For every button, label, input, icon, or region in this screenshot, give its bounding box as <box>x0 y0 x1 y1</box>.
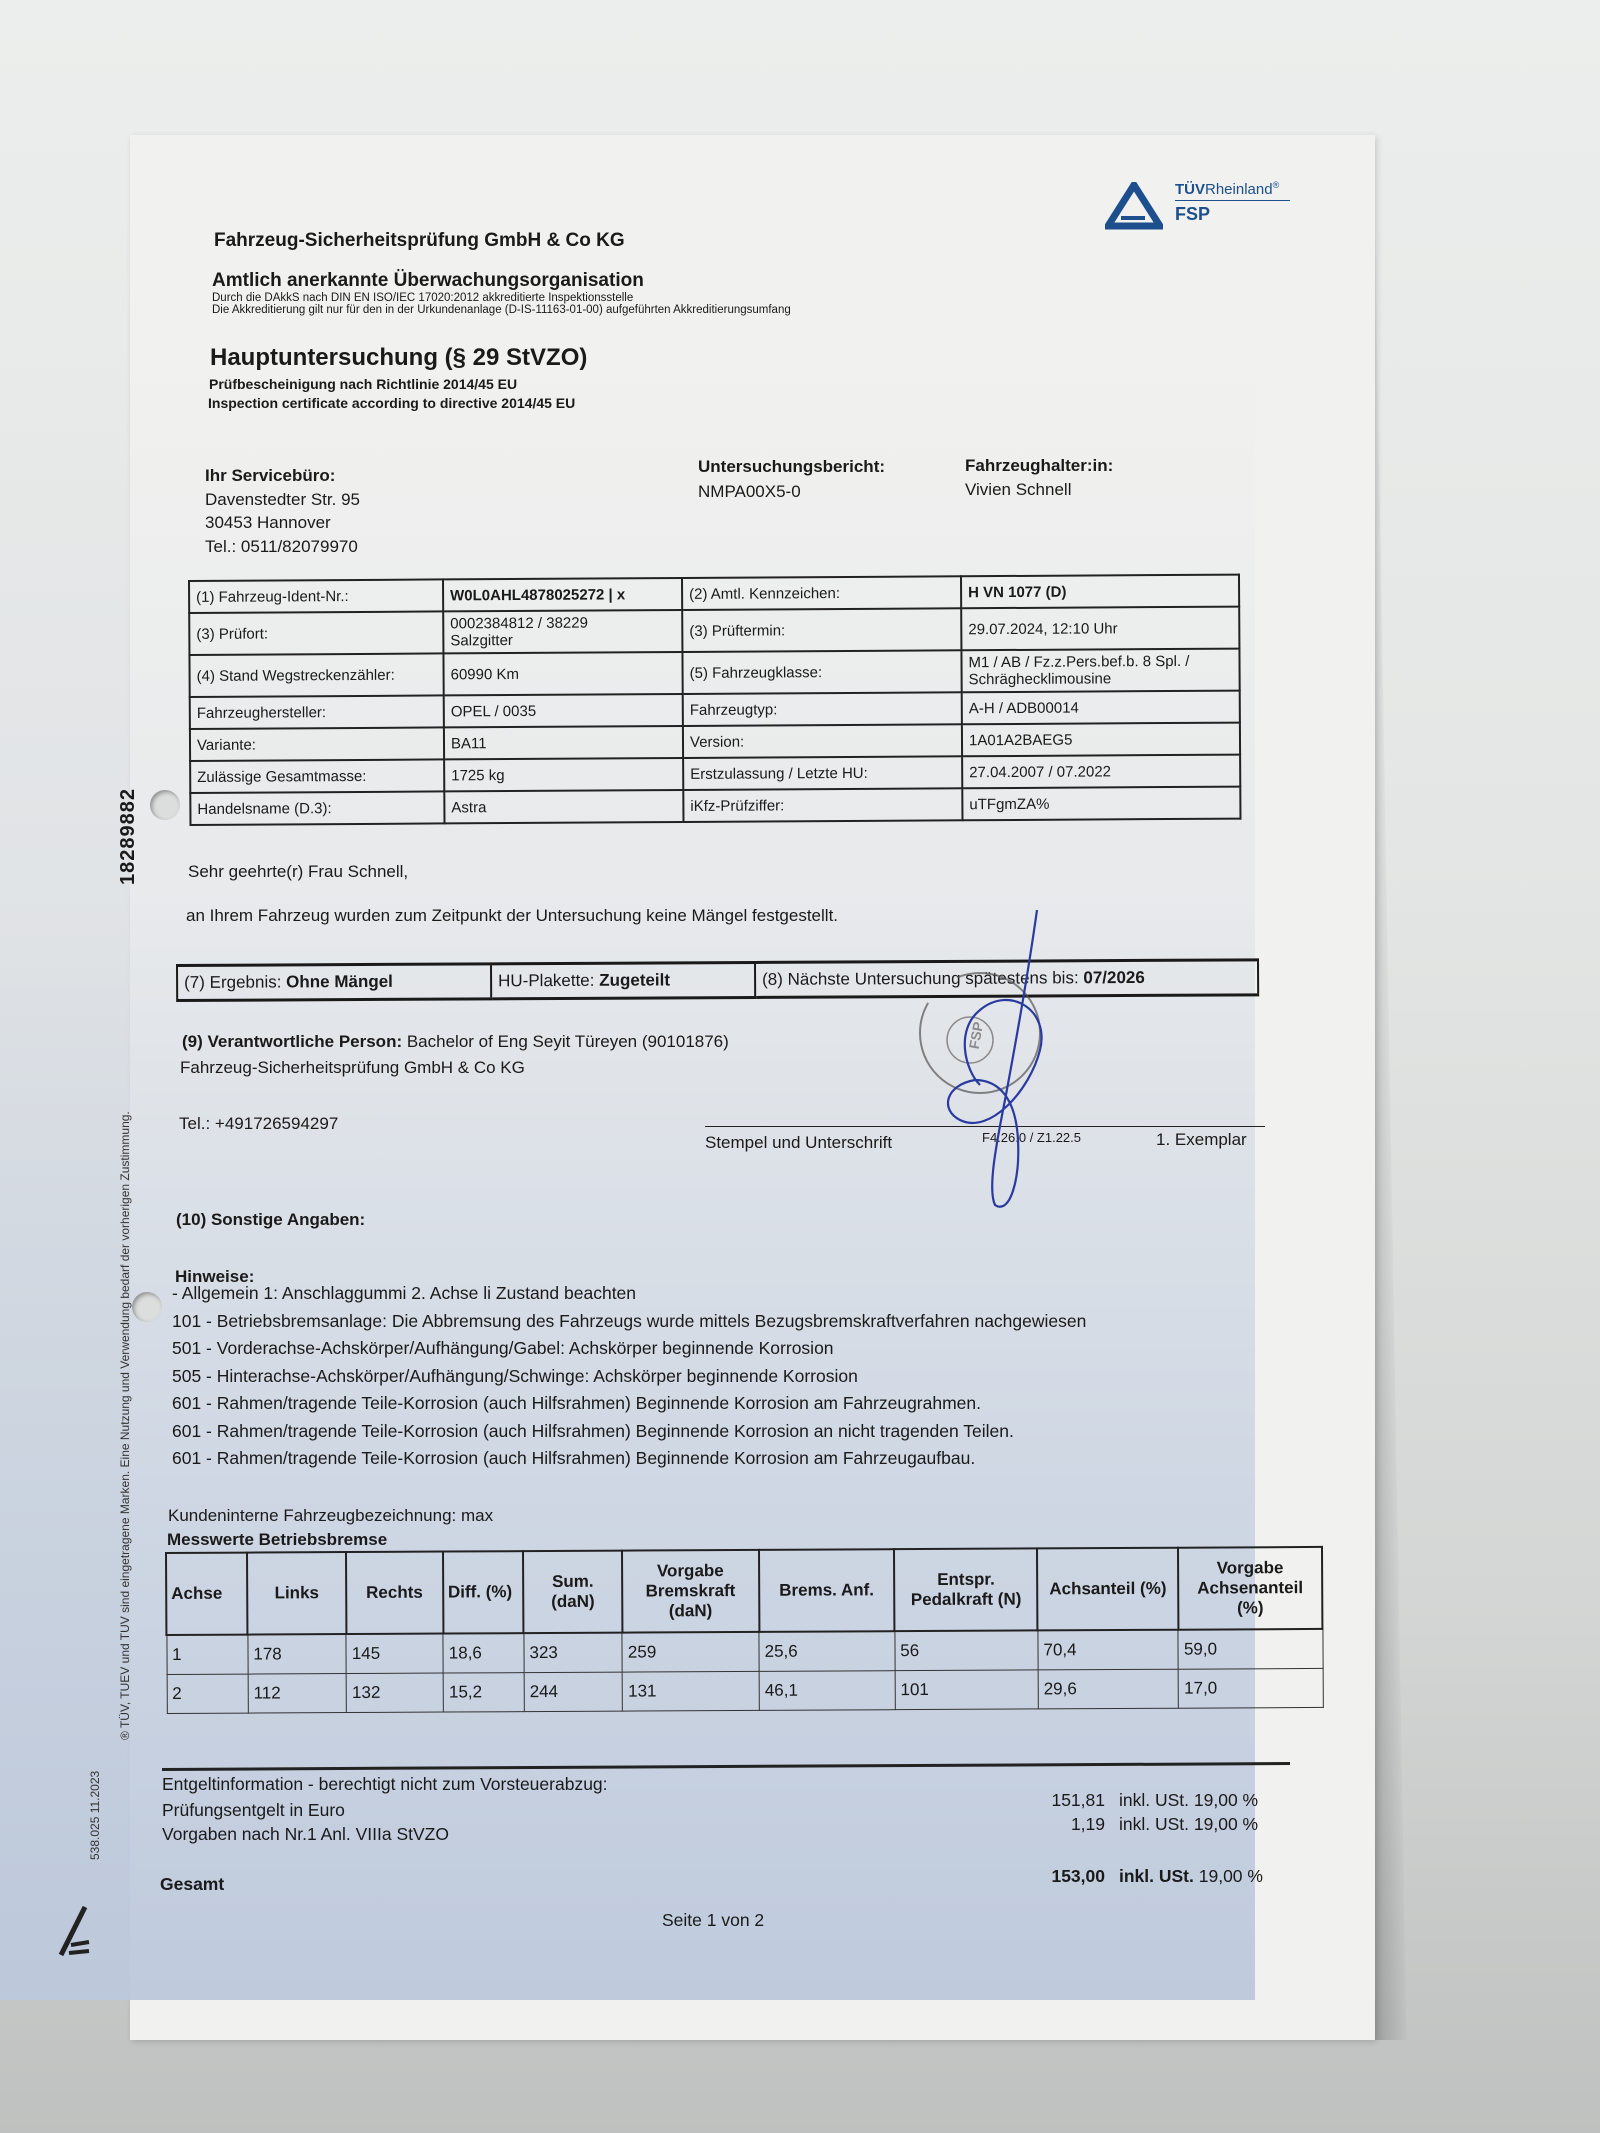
responsible-phone: Tel.: +491726594297 <box>179 1114 338 1134</box>
cell-axle: 1 <box>166 1635 248 1675</box>
cell-brake-req: 25,6 <box>759 1631 895 1671</box>
cell-sum: 244 <box>524 1672 623 1712</box>
odometer-value: 60990 Km <box>443 652 682 695</box>
stamp-icon: FSP <box>920 973 1040 1093</box>
registration-label: Erstzulassung / Letzte HU: <box>683 756 962 790</box>
result-table: (7) Ergebnis: Ohne Mängel HU-Plakette: Z… <box>176 958 1259 1002</box>
logo-fsp: FSP <box>1175 204 1210 225</box>
vehicle-data-table: (1) Fahrzeug-Ident-Nr.: W0L0AHL487802527… <box>188 574 1241 826</box>
total-label: Gesamt <box>160 1874 224 1895</box>
manufacturer-label: Fahrzeughersteller: <box>190 695 444 729</box>
table-row: Handelsname (D.3): Astra iKfz-Prüfziffer… <box>190 787 1240 825</box>
cell-diff: 18,6 <box>443 1633 524 1673</box>
greeting: Sehr geehrte(r) Frau Schnell, <box>188 862 408 882</box>
cell-required-force: 131 <box>623 1671 760 1711</box>
page-number: Seite 1 von 2 <box>662 1910 764 1931</box>
service-office-label: Ihr Servicebüro: <box>205 466 335 486</box>
trade-name-value: Astra <box>444 790 683 823</box>
signature-icon <box>948 910 1042 1207</box>
trade-name-label: Handelsname (D.3): <box>190 791 444 825</box>
check-digit-value: uTFgmZA% <box>962 787 1240 821</box>
subtitle-de: Prüfbescheinigung nach Richtlinie 2014/4… <box>209 376 517 392</box>
accreditation-line-1: Durch die DAkkS nach DIN EN ISO/IEC 1702… <box>212 292 633 304</box>
odometer-label: (4) Stand Wegstreckenzähler: <box>189 653 443 697</box>
other-info-label: (10) Sonstige Angaben: <box>176 1210 365 1230</box>
plate-value: H VN 1077 (D) <box>961 575 1239 609</box>
col-header: Rechts <box>346 1552 443 1635</box>
customer-designation: Kundeninterne Fahrzeugbezeichnung: max <box>168 1506 493 1526</box>
col-header: Vorgabe Bremskraft (daN) <box>622 1550 759 1633</box>
version-value: 1A01A2BAEG5 <box>962 723 1240 757</box>
certificate-page <box>130 135 1375 2040</box>
col-header: Diff. (%) <box>443 1551 524 1633</box>
col-header: Brems. Anf. <box>759 1549 895 1632</box>
cell-axle: 2 <box>167 1674 248 1713</box>
table-row: (7) Ergebnis: Ohne Mängel HU-Plakette: Z… <box>177 960 1258 1001</box>
plate-label: (2) Amtl. Kennzeichen: <box>682 576 961 610</box>
vehicle-type-label: Fahrzeugtyp: <box>683 692 962 726</box>
logo-rule <box>1175 200 1290 201</box>
cell-right: 145 <box>346 1634 443 1674</box>
cell-axle-share: 70,4 <box>1038 1630 1179 1670</box>
accreditation-line-2: Die Akkreditierung gilt nur für den in d… <box>212 304 791 316</box>
punch-hole <box>132 1292 162 1322</box>
col-header: Achsanteil (%) <box>1037 1548 1178 1631</box>
cell-brake-req: 46,1 <box>759 1671 895 1711</box>
plakette-value: Zugeteilt <box>599 970 670 989</box>
table-row: 1 178 145 18,6 323 259 25,6 56 70,4 59,0 <box>166 1629 1322 1675</box>
gross-mass-label: Zulässige Gesamtmasse: <box>190 759 444 793</box>
cell-pedal-force: 101 <box>895 1670 1038 1710</box>
document-title: Hauptuntersuchung (§ 29 StVZO) <box>210 344 587 372</box>
cell-pedal-force: 56 <box>895 1630 1038 1670</box>
cell-axle-share: 29,6 <box>1038 1669 1179 1709</box>
form-info: 538.025 11.2023 <box>88 1771 102 1860</box>
vehicle-class-value: M1 / AB / Fz.z.Pers.bef.b. 8 Spl. /Schrä… <box>961 649 1239 693</box>
report-label: Untersuchungsbericht: <box>698 457 885 477</box>
registration-value: 27.04.2007 / 07.2022 <box>962 755 1240 789</box>
gross-mass-value: 1725 kg <box>444 758 683 791</box>
subtitle-en: Inspection certificate according to dire… <box>208 395 575 411</box>
inspection-site-label: (3) Prüfort: <box>189 611 443 655</box>
table-row: 2 112 132 15,2 244 131 46,1 101 29,6 17,… <box>167 1668 1323 1713</box>
stamp-signature: FSP <box>900 900 1080 1220</box>
cell-required-share: 17,0 <box>1179 1668 1323 1708</box>
table-row: (3) Prüfort: 0002384812 / 38229Salzgitte… <box>189 607 1239 655</box>
punch-hole <box>150 790 180 820</box>
document-number: 18289882 <box>117 788 140 885</box>
fee-info-title: Entgeltinformation - berechtigt nicht zu… <box>162 1774 608 1795</box>
holder-label: Fahrzeughalter:in: <box>965 456 1113 476</box>
col-header: Sum. (daN) <box>523 1551 622 1634</box>
cell-sum: 323 <box>524 1633 623 1673</box>
variant-value: BA11 <box>444 726 683 759</box>
logo-brand: TÜVRheinland® <box>1175 180 1279 198</box>
manufacturer-value: OPEL / 0035 <box>444 694 683 727</box>
version-label: Version: <box>683 724 962 758</box>
inspection-site-value: 0002384812 / 38229Salzgitter <box>443 610 682 653</box>
organization-title: Amtlich anerkannte Überwachungsorganisat… <box>212 270 644 292</box>
col-header: Entspr. Pedalkraft (N) <box>894 1548 1038 1631</box>
result-value: Ohne Mängel <box>286 972 393 992</box>
service-office-city: 30453 Hannover <box>205 513 331 533</box>
list-item: 601 - Rahmen/tragende Teile-Korrosion (a… <box>172 1390 1086 1418</box>
inspection-date-value: 29.07.2024, 12:10 Uhr <box>961 607 1239 651</box>
next-inspection-value: 07/2026 <box>1083 968 1145 987</box>
total-amount: 153,00inkl. USt. 19,00 % <box>1035 1866 1263 1887</box>
tuv-rheinland-logo: TÜVRheinland® FSP <box>1105 178 1325 228</box>
cell-left: 178 <box>248 1634 347 1674</box>
check-digit-label: iKfz-Prüfziffer: <box>683 788 962 822</box>
stamp-label: Stempel und Unterschrift <box>705 1133 892 1153</box>
service-office-phone: Tel.: 0511/82079970 <box>205 537 358 557</box>
list-item: 501 - Vorderachse-Achskörper/Aufhängung/… <box>172 1335 1086 1363</box>
responsible-org: Fahrzeug-Sicherheitsprüfung GmbH & Co KG <box>180 1058 525 1078</box>
notes-list: - Allgemein 1: Anschlaggummi 2. Achse li… <box>172 1280 1086 1473</box>
brake-table-title: Messwerte Betriebsbremse <box>167 1530 387 1550</box>
col-header: Links <box>247 1552 346 1635</box>
variant-label: Variante: <box>190 727 444 761</box>
result-cell: (7) Ergebnis: Ohne Mängel <box>177 964 491 1001</box>
cell-diff: 15,2 <box>443 1673 524 1712</box>
fee-amount-requirements: 1,19inkl. USt. 19,00 % <box>1035 1814 1258 1835</box>
service-office-street: Davenstedter Str. 95 <box>205 490 360 510</box>
inspection-date-label: (3) Prüftermin: <box>682 608 961 652</box>
col-header: Vorgabe Achsenanteil (%) <box>1178 1547 1323 1630</box>
result-message: an Ihrem Fahrzeug wurden zum Zeitpunkt d… <box>186 906 838 926</box>
cell-left: 112 <box>248 1674 347 1714</box>
list-item: 505 - Hinterachse-Achskörper/Aufhängung/… <box>172 1363 1086 1391</box>
table-header-row: Achse Links Rechts Diff. (%) Sum. (daN) … <box>166 1547 1322 1635</box>
brake-measurements-table: Achse Links Rechts Diff. (%) Sum. (daN) … <box>165 1546 1324 1714</box>
cell-required-share: 59,0 <box>1178 1629 1322 1669</box>
tuv-triangle-icon <box>1105 182 1163 230</box>
plakette-cell: HU-Plakette: Zugeteilt <box>491 962 755 998</box>
col-header: Achse <box>166 1553 248 1635</box>
fee-label-inspection: Prüfungsentgelt in Euro <box>162 1800 345 1821</box>
tuv-mark-icon <box>55 1905 100 1960</box>
table-row: (4) Stand Wegstreckenzähler: 60990 Km (5… <box>189 649 1239 697</box>
fee-label-requirements: Vorgaben nach Nr.1 Anl. VIIIa StVZO <box>162 1824 449 1845</box>
fee-amount-inspection: 151,81inkl. USt. 19,00 % <box>1035 1790 1258 1811</box>
list-item: 101 - Betriebsbremsanlage: Die Abbremsun… <box>172 1308 1086 1336</box>
responsible-person: (9) Verantwortliche Person: Bachelor of … <box>182 1032 729 1052</box>
vin-label: (1) Fahrzeug-Ident-Nr.: <box>189 579 443 613</box>
copy-label: 1. Exemplar <box>1156 1130 1247 1150</box>
cell-right: 132 <box>346 1673 443 1713</box>
list-item: - Allgemein 1: Anschlaggummi 2. Achse li… <box>172 1280 1086 1308</box>
vin-value: W0L0AHL4878025272 | x <box>443 578 682 611</box>
report-number: NMPA00X5-0 <box>698 482 801 502</box>
list-item: 601 - Rahmen/tragende Teile-Korrosion (a… <box>172 1445 1086 1473</box>
company-name: Fahrzeug-Sicherheitsprüfung GmbH & Co KG <box>214 230 625 252</box>
trademark-notice: ® TÜV, TUEV und TUV sind eingetragene Ma… <box>118 1111 132 1740</box>
vehicle-type-value: A-H / ADB00014 <box>962 691 1240 725</box>
holder-name: Vivien Schnell <box>965 480 1071 500</box>
vehicle-class-label: (5) Fahrzeugklasse: <box>682 650 961 694</box>
list-item: 601 - Rahmen/tragende Teile-Korrosion (a… <box>172 1418 1086 1446</box>
cell-required-force: 259 <box>622 1632 759 1672</box>
